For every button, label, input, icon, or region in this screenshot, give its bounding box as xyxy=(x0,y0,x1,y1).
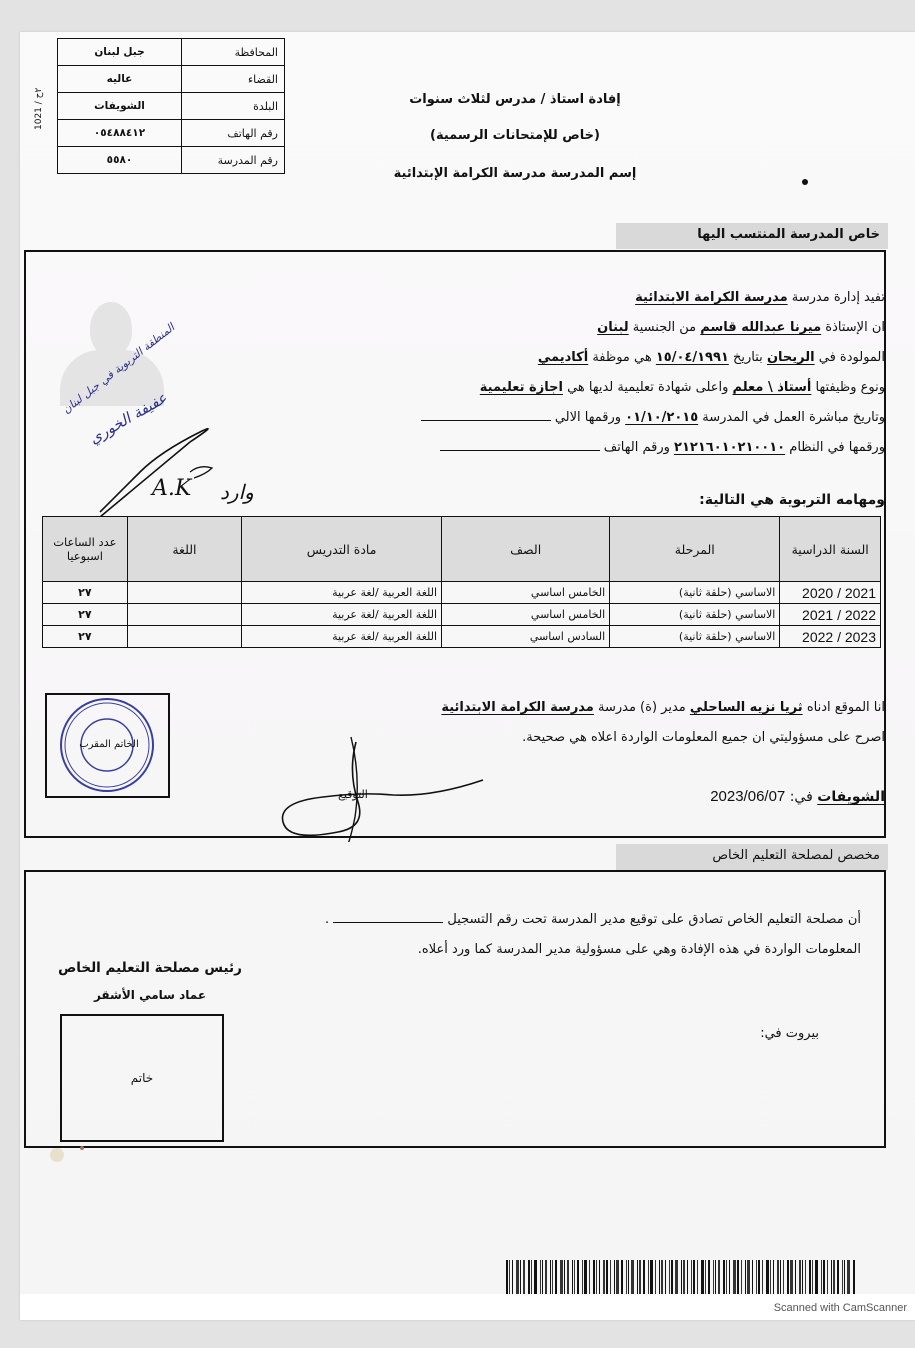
private-education-heading: مخصص لمصلحة التعليم الخاص xyxy=(616,844,888,870)
system-number-label: ورقمها في النظام xyxy=(789,440,885,455)
col-school-year: السنة الدراسية xyxy=(780,517,881,582)
document-page: ٢ح / 1021 المحافظة جبل لبنان القضاء عالي… xyxy=(20,32,915,1320)
auto-number-label: ورقمها الالي xyxy=(555,410,621,425)
hours-cell: ٢٧ xyxy=(43,582,128,604)
language-cell xyxy=(127,604,241,626)
district-label: القضاء xyxy=(182,66,285,93)
grade-cell: الخامس اساسي xyxy=(442,604,610,626)
table-row: 2021 / 2022 الاساسي (حلقة ثانية) الخامس … xyxy=(43,604,881,626)
district-value: عاليه xyxy=(58,66,182,93)
declaration-date: 2023/06/07 xyxy=(710,788,785,805)
hours-cell: ٢٧ xyxy=(43,626,128,648)
teacher-name-value: ميرنا عبدالله قاسم xyxy=(700,320,821,335)
school-name-value: مدرسة الكرامة الابتدائية xyxy=(635,290,788,305)
teacher-phone-label: ورقم الهاتف xyxy=(604,440,670,455)
stage-cell: الاساسي (حلقة ثانية) xyxy=(610,626,780,648)
start-date-label: وتاريخ مباشرة العمل في المدرسة xyxy=(702,410,885,425)
declaration-place-date: الشويفات في: 2023/06/07 xyxy=(710,788,885,805)
incoming-handwriting: وارد xyxy=(220,480,254,504)
private-ed-approval-text: أن مصلحة التعليم الخاص تصادق على توقيع م… xyxy=(447,912,861,927)
duties-table: السنة الدراسية المرحلة الصف مادة التدريس… xyxy=(42,516,881,648)
degree-label: واعلى شهادة تعليمية لديها هي xyxy=(567,380,728,395)
scanned-sheet: ٢ح / 1021 المحافظة جبل لبنان القضاء عالي… xyxy=(20,32,915,1294)
birthplace-label: المولودة في xyxy=(819,350,885,365)
language-cell xyxy=(127,582,241,604)
town-label: البلدة xyxy=(182,93,285,120)
document-title: إفادة استاذ / مدرس لثلاث سنوات xyxy=(355,92,675,107)
town-value: الشويفات xyxy=(58,93,182,120)
registration-number-blank xyxy=(333,922,443,923)
subject-cell: اللغة العربية /لغة عربية xyxy=(242,604,442,626)
paper-stain xyxy=(80,1146,84,1150)
col-subject: مادة التدريس xyxy=(242,517,442,582)
school-stamp-box: الخاتم المقرب xyxy=(45,693,170,798)
job-type-label: ونوع وظيفتها xyxy=(815,380,885,395)
table-row: 2020 / 2021 الاساسي (حلقة ثانية) الخامس … xyxy=(43,582,881,604)
school-number-label: رقم المدرسة xyxy=(182,147,285,174)
year-cell: 2021 / 2022 xyxy=(780,604,881,626)
signature-label: التوقيع xyxy=(338,788,368,801)
system-number-value: ٢١٢١٦٠١٠٢١٠٠١٠ xyxy=(674,440,785,455)
employee-type-label: هي موظفة xyxy=(592,350,651,365)
birth-line: المولودة في الريحان بتاريخ ١٥/٠٤/١٩٩١ هي… xyxy=(538,350,885,365)
governorate-label: المحافظة xyxy=(182,39,285,66)
year-cell: 2022 / 2023 xyxy=(780,626,881,648)
nationality-label: من الجنسية xyxy=(633,320,696,335)
nationality-value: لبنان xyxy=(597,320,628,335)
start-date-line: وتاريخ مباشرة العمل في المدرسة ٠١/١٠/٢٠١… xyxy=(421,410,885,425)
private-ed-head-name: عماد سامي الأشقر xyxy=(50,988,250,1002)
school-line: تفيد إدارة مدرسة مدرسة الكرامة الابتدائي… xyxy=(635,290,885,305)
phone-label: رقم الهاتف xyxy=(182,120,285,147)
table-row: البلدة الشويفات xyxy=(58,93,285,120)
handwritten-signature-strokes xyxy=(80,412,280,522)
private-ed-head-title: رئيس مصلحة التعليم الخاص xyxy=(50,960,250,976)
auto-number-blank xyxy=(421,420,551,421)
grade-cell: السادس اساسي xyxy=(442,626,610,648)
school-name-title: إسم المدرسة مدرسة الكرامة الإبتدائية xyxy=(355,166,675,181)
system-number-line: ورقمها في النظام ٢١٢١٦٠١٠٢١٠٠١٠ ورقم اله… xyxy=(440,440,885,455)
table-row: رقم الهاتف ٠٥٤٨٨٤١٢ xyxy=(58,120,285,147)
private-ed-line-1: أن مصلحة التعليم الخاص تصادق على توقيع م… xyxy=(325,912,861,927)
subject-cell: اللغة العربية /لغة عربية xyxy=(242,626,442,648)
duties-header-row: السنة الدراسية المرحلة الصف مادة التدريس… xyxy=(43,517,881,582)
start-date-value: ٠١/١٠/٢٠١٥ xyxy=(625,410,698,425)
stamp-box-label: خاتم xyxy=(131,1071,153,1085)
beirut-date-label: بيروت في: xyxy=(760,1026,819,1041)
teacher-line: ان الإستاذة ميرنا عبدالله قاسم من الجنسي… xyxy=(597,320,885,335)
declaration-line-1: انا الموقع ادناه ثريا نزيه الساحلي مدير … xyxy=(441,700,885,715)
declaration-prefix: انا الموقع ادناه xyxy=(807,700,885,715)
table-row: رقم المدرسة ٥٥٨٠ xyxy=(58,147,285,174)
phone-value: ٠٥٤٨٨٤١٢ xyxy=(58,120,182,147)
initials-handwriting: A.K xyxy=(152,476,191,501)
document-subtitle: (خاص للإمتحانات الرسمية) xyxy=(355,128,675,143)
school-line-prefix: تفيد إدارة مدرسة xyxy=(792,290,885,305)
school-section-heading: خاص المدرسة المنتسب اليها xyxy=(616,223,888,249)
director-name-value: ثريا نزيه الساحلي xyxy=(690,700,803,715)
declaration-date-label: في: xyxy=(790,789,813,805)
col-weekly-hours: عدد الساعات اسبوعيا xyxy=(43,517,128,582)
teacher-line-prefix: ان الإستاذة xyxy=(825,320,885,335)
director-signature xyxy=(256,722,486,842)
director-role-label: مدير (ة) مدرسة xyxy=(598,700,686,715)
declaration-school-name: مدرسة الكرامة الابتدائية xyxy=(441,700,594,715)
table-row: المحافظة جبل لبنان xyxy=(58,39,285,66)
job-type-value: أستاذ \ معلم xyxy=(733,380,812,395)
birthplace-value: الريحان xyxy=(767,350,815,365)
degree-value: اجازة تعليمية xyxy=(480,380,563,395)
teacher-phone-blank xyxy=(440,450,600,451)
hours-cell: ٢٧ xyxy=(43,604,128,626)
governorate-value: جبل لبنان xyxy=(58,39,182,66)
table-row: القضاء عاليه xyxy=(58,66,285,93)
bullet-dot-icon xyxy=(802,179,808,185)
stage-cell: الاساسي (حلقة ثانية) xyxy=(610,604,780,626)
reference-number: ٢ح / 1021 xyxy=(34,88,44,130)
barcode xyxy=(506,1260,856,1294)
employee-type-value: أكاديمي xyxy=(538,350,588,365)
year-cell: 2020 / 2021 xyxy=(780,582,881,604)
col-grade: الصف xyxy=(442,517,610,582)
duties-heading: ومهامه التربوية هي التالية: xyxy=(699,492,885,508)
stamp-label: الخاتم المقرب xyxy=(69,739,149,750)
birth-date-label: بتاريخ xyxy=(733,350,763,365)
col-language: اللغة xyxy=(127,517,241,582)
table-row: 2022 / 2023 الاساسي (حلقة ثانية) السادس … xyxy=(43,626,881,648)
camscanner-watermark: Scanned with CamScanner xyxy=(774,1302,907,1314)
language-cell xyxy=(127,626,241,648)
job-line: ونوع وظيفتها أستاذ \ معلم واعلى شهادة تع… xyxy=(480,380,885,395)
stage-cell: الاساسي (حلقة ثانية) xyxy=(610,582,780,604)
col-stage: المرحلة xyxy=(610,517,780,582)
declaration-place: الشويفات xyxy=(817,789,885,805)
grade-cell: الخامس اساسي xyxy=(442,582,610,604)
private-ed-stamp-box: خاتم xyxy=(60,1014,224,1142)
paper-stain xyxy=(50,1148,64,1162)
school-info-table: المحافظة جبل لبنان القضاء عاليه البلدة ا… xyxy=(57,38,285,174)
school-number-value: ٥٥٨٠ xyxy=(58,147,182,174)
subject-cell: اللغة العربية /لغة عربية xyxy=(242,582,442,604)
declaration-line-2: اصرح على مسؤوليتي ان جميع المعلومات الوا… xyxy=(522,730,885,745)
private-ed-line-2: المعلومات الواردة في هذه الإفادة وهي على… xyxy=(418,942,861,957)
birth-date-value: ١٥/٠٤/١٩٩١ xyxy=(656,350,729,365)
photo-head-shape xyxy=(90,302,132,356)
